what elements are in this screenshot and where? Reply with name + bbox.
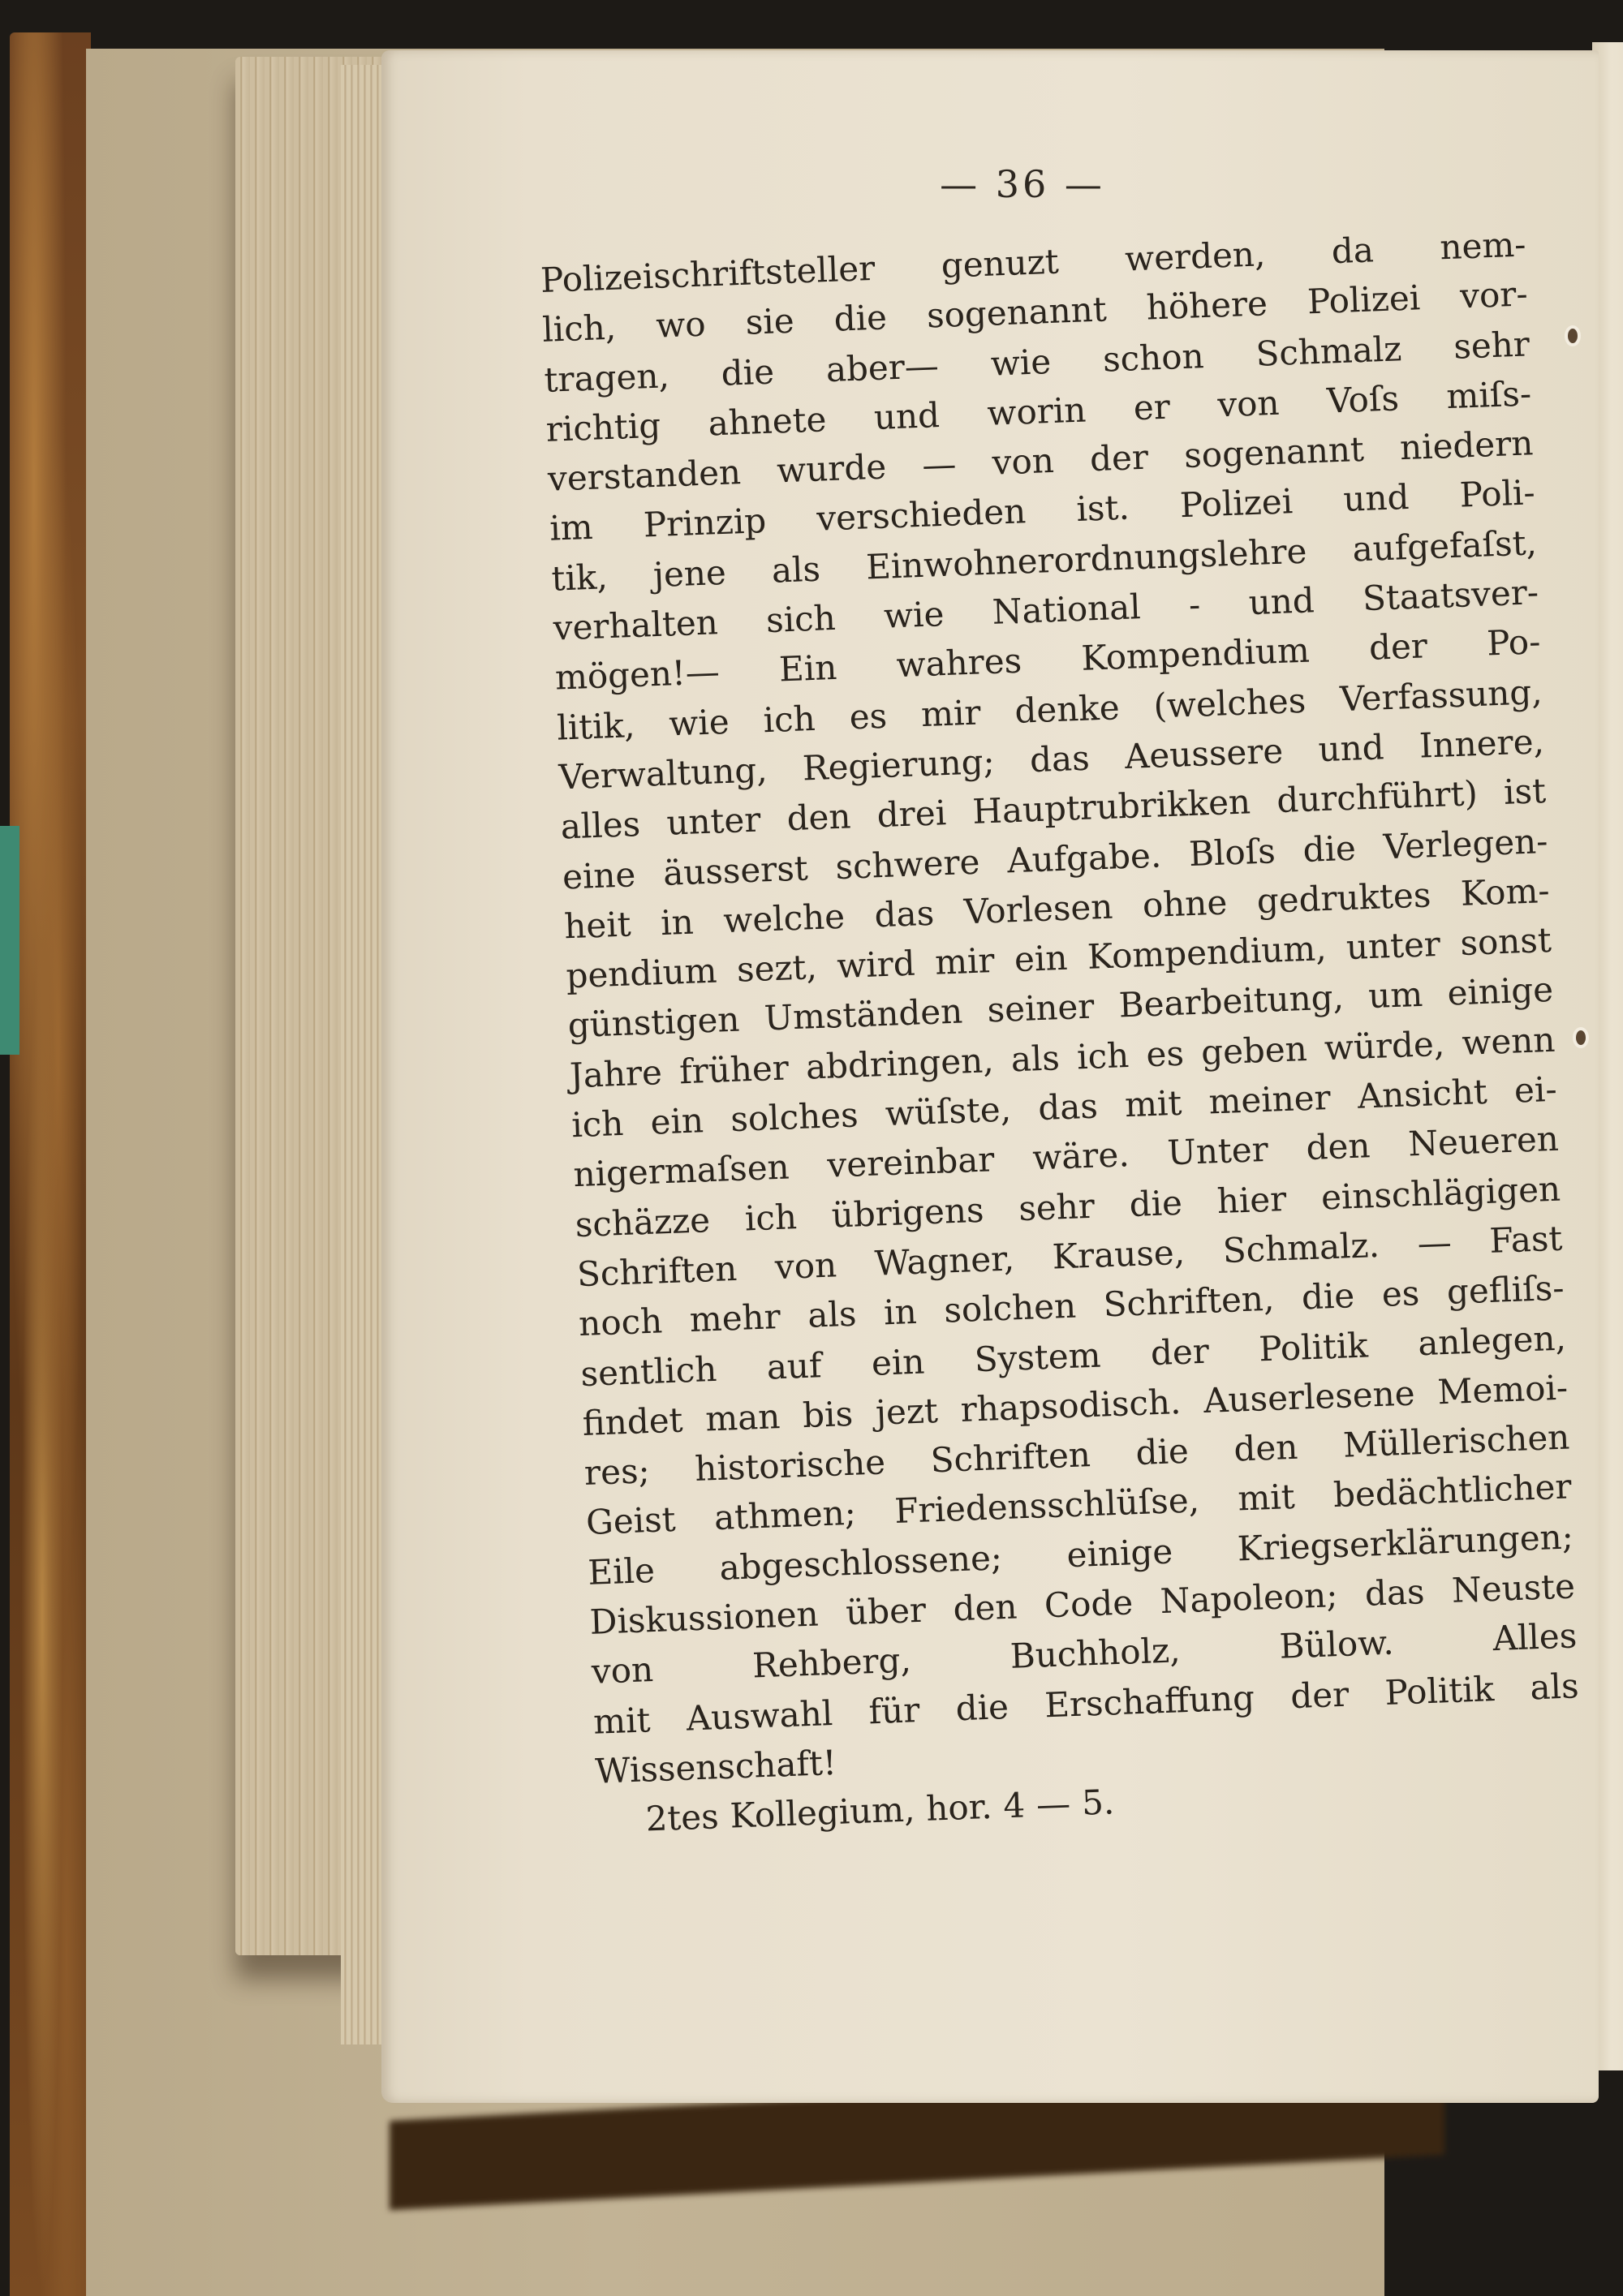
green-tab <box>0 826 19 1055</box>
wormhole-mark <box>1576 1030 1586 1045</box>
wormhole-mark <box>1568 329 1578 343</box>
body-text: Polizeischriftstellergenuztwerden,danem-… <box>540 219 1583 1846</box>
page-number: — 36 — <box>893 162 1152 206</box>
marbled-cover-edge <box>10 32 91 2296</box>
